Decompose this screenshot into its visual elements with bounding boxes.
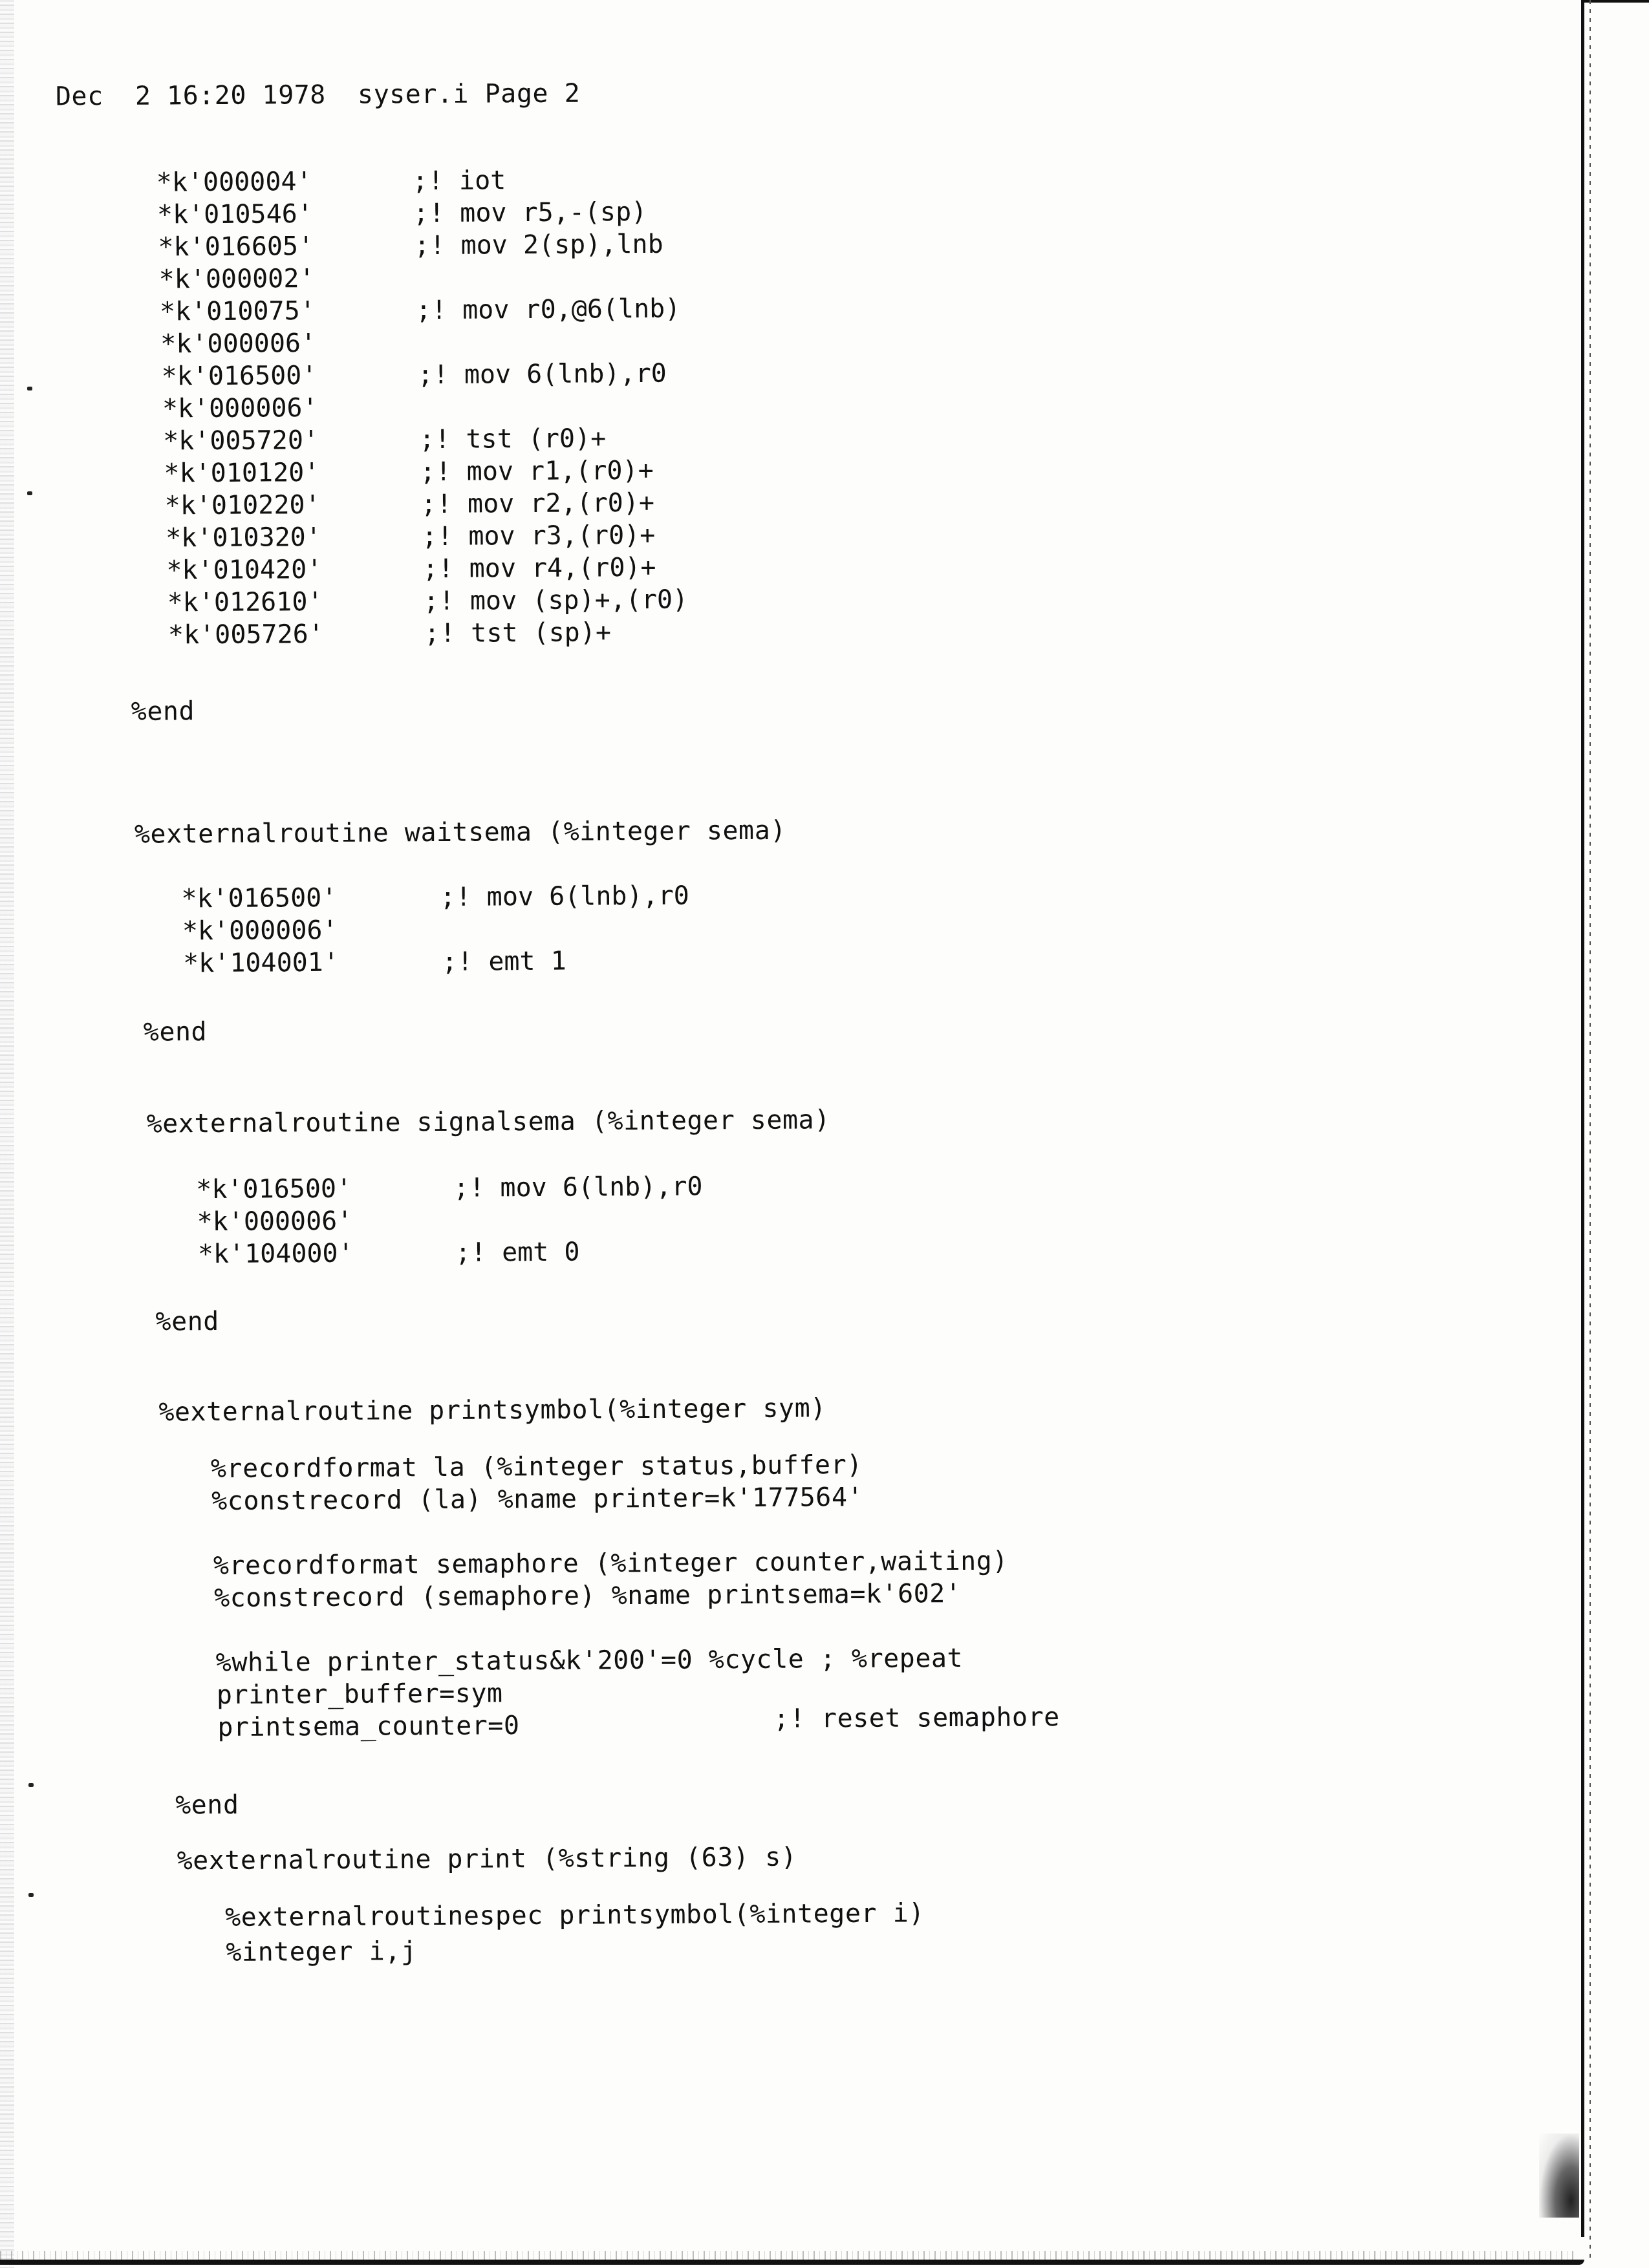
octal-constant: *k'005726' — [168, 619, 324, 650]
octal-constant: *k'000006' — [197, 1206, 352, 1237]
header-filename: syser.i — [358, 80, 469, 110]
page-top-edge — [1581, 0, 1649, 3]
octal-constant: *k'016500' — [161, 360, 317, 392]
asm-comment: ;! mov r2,(r0)+ — [421, 487, 655, 520]
code-line: %recordformat semaphore (%integer counte… — [213, 1546, 1008, 1582]
asm-comment: ;! mov r1,(r0)+ — [420, 455, 654, 487]
asm-comment: ;! mov r0,@6(lnb) — [416, 294, 681, 326]
octal-constant: *k'012610' — [167, 586, 323, 618]
asm-comment: ;! mov 6(lnb),r0 — [453, 1171, 703, 1203]
end-keyword: %end — [175, 1790, 239, 1821]
code-line: printer_buffer=sym — [217, 1678, 503, 1711]
code-line: printsema_counter=0 — [217, 1710, 519, 1743]
code-line: %constrecord (semaphore) %name printsema… — [214, 1578, 962, 1614]
octal-constant: *k'016500' — [196, 1173, 352, 1205]
asm-comment: ;! mov r5,-(sp) — [413, 197, 647, 229]
code-line: %integer i,j — [226, 1936, 416, 1968]
asm-comment: ;! mov (sp)+,(r0) — [424, 584, 689, 617]
asm-comment: ;! mov 2(sp),lnb — [414, 229, 663, 261]
asm-comment: ;! mov 6(lnb),r0 — [417, 358, 667, 390]
octal-constant: *k'010075' — [160, 295, 316, 327]
asm-comment: ;! iot — [413, 165, 506, 197]
asm-comment: ;! mov r3,(r0)+ — [422, 520, 656, 552]
printsymbol-signature: %externalroutine printsymbol(%integer sy… — [158, 1393, 826, 1428]
code-line: %constrecord (la) %name printer=k'177564… — [211, 1482, 863, 1517]
octal-constant: *k'000006' — [182, 915, 338, 947]
octal-constant: *k'010320' — [166, 522, 321, 553]
octal-constant: *k'010220' — [165, 489, 321, 521]
octal-constant: *k'104001' — [183, 947, 339, 979]
print-signature: %externalroutine print (%string (63) s) — [177, 1842, 797, 1877]
waitsema-signature: %externalroutine waitsema (%integer sema… — [135, 815, 786, 850]
page-header: Dec 2 16:20 1978 syser.i Page 2 — [56, 78, 581, 112]
signalsema-signature: %externalroutine signalsema (%integer se… — [146, 1104, 830, 1139]
header-date: Dec 2 16:20 1978 — [56, 80, 326, 112]
end-keyword: %end — [155, 1306, 219, 1338]
octal-constant: *k'010120' — [164, 457, 319, 489]
asm-comment: ;! emt 1 — [442, 946, 566, 978]
octal-constant: *k'010546' — [157, 198, 313, 230]
code-line: %recordformat la (%integer status,buffer… — [211, 1450, 863, 1484]
octal-constant: *k'016605' — [158, 231, 314, 262]
octal-constant: *k'000006' — [160, 328, 316, 359]
code-line: %externalroutinespec printsymbol(%intege… — [225, 1898, 925, 1933]
scanned-page: Dec 2 16:20 1978 syser.i Page 2 *k'00000… — [0, 0, 1649, 2268]
asm-comment: ;! emt 0 — [455, 1237, 580, 1268]
octal-constant: *k'000002' — [159, 263, 315, 295]
page-right-border-dotted — [1590, 0, 1591, 2263]
asm-comment: ;! mov 6(lnb),r0 — [440, 881, 689, 913]
octal-constant: *k'005720' — [163, 425, 319, 456]
code-line: %while printer_status&k'200'=0 %cycle ; … — [216, 1643, 964, 1678]
listing-content: Dec 2 16:20 1978 syser.i Page 2 *k'00000… — [0, 0, 1591, 2268]
asm-comment: ;! tst (sp)+ — [424, 617, 611, 649]
octal-constant: *k'000004' — [156, 166, 312, 198]
header-page: Page 2 — [485, 79, 581, 109]
octal-constant: *k'000006' — [162, 392, 318, 424]
octal-constant: *k'010420' — [166, 554, 322, 586]
end-keyword: %end — [144, 1016, 208, 1048]
asm-comment: ;! mov r4,(r0)+ — [422, 552, 656, 584]
asm-comment: ;! tst (r0)+ — [419, 423, 606, 455]
end-keyword: %end — [131, 696, 195, 727]
octal-constant: *k'016500' — [181, 883, 337, 914]
reset-comment: ;! reset semaphore — [773, 1702, 1060, 1735]
octal-constant: *k'104000' — [198, 1238, 354, 1270]
